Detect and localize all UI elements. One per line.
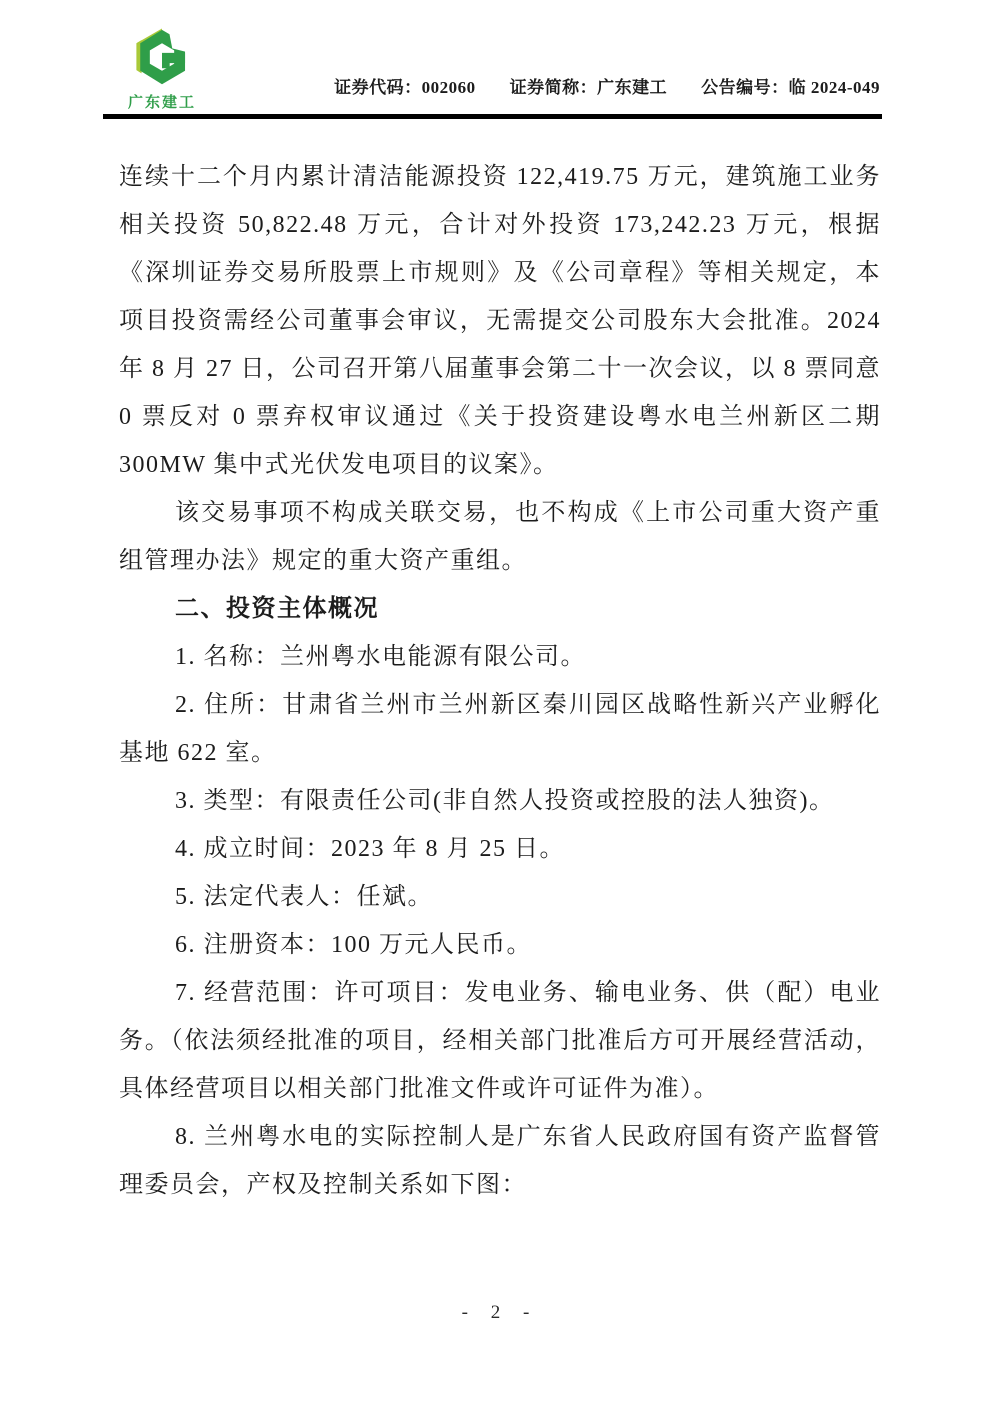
- paragraph-item-1: 1. 名称：兰州粤水电能源有限公司。: [119, 633, 881, 681]
- paragraph-continuation: 连续十二个月内累计清洁能源投资 122,419.75 万元，建筑施工业务相关投资…: [119, 153, 881, 489]
- paragraph-item-5: 5. 法定代表人：任斌。: [119, 873, 881, 921]
- company-logo: 广东建工: [125, 27, 199, 112]
- paragraph-item-7: 7. 经营范围：许可项目：发电业务、输电业务、供（配）电业务。（依法须经批准的项…: [119, 969, 881, 1113]
- page-header: 广东建工 证券代码：002060 证券简称：广东建工 公告编号：临 2024-0…: [0, 0, 1000, 112]
- paragraph: 该交易事项不构成关联交易，也不构成《上市公司重大资产重组管理办法》规定的重大资产…: [119, 489, 881, 585]
- document-body: 连续十二个月内累计清洁能源投资 122,419.75 万元，建筑施工业务相关投资…: [119, 153, 881, 1209]
- paragraph-item-3: 3. 类型：有限责任公司(非自然人投资或控股的法人独资)。: [119, 777, 881, 825]
- page-number: - 2 -: [462, 1302, 539, 1323]
- securities-code: 证券代码：002060: [334, 73, 476, 98]
- paragraph-item-4: 4. 成立时间：2023 年 8 月 25 日。: [119, 825, 881, 873]
- document-page: 广东建工 证券代码：002060 证券简称：广东建工 公告编号：临 2024-0…: [0, 0, 1000, 1414]
- paragraph-item-2: 2. 住所：甘肃省兰州市兰州新区秦川园区战略性新兴产业孵化基地 622 室。: [119, 681, 881, 777]
- header-info: 证券代码：002060 证券简称：广东建工 公告编号：临 2024-049: [334, 73, 880, 98]
- company-logo-icon: [130, 27, 194, 89]
- announcement-number: 公告编号：临 2024-049: [701, 73, 880, 98]
- header-divider: [103, 114, 882, 119]
- paragraph-item-8: 8. 兰州粤水电的实际控制人是广东省人民政府国有资产监督管理委员会，产权及控制关…: [119, 1113, 881, 1209]
- section-heading: 二、投资主体概况: [119, 585, 881, 633]
- brand-name: 广东建工: [128, 91, 196, 112]
- paragraph-item-6: 6. 注册资本：100 万元人民币。: [119, 921, 881, 969]
- page-footer: - 2 -: [0, 1302, 1000, 1324]
- securities-name: 证券简称：广东建工: [510, 73, 668, 98]
